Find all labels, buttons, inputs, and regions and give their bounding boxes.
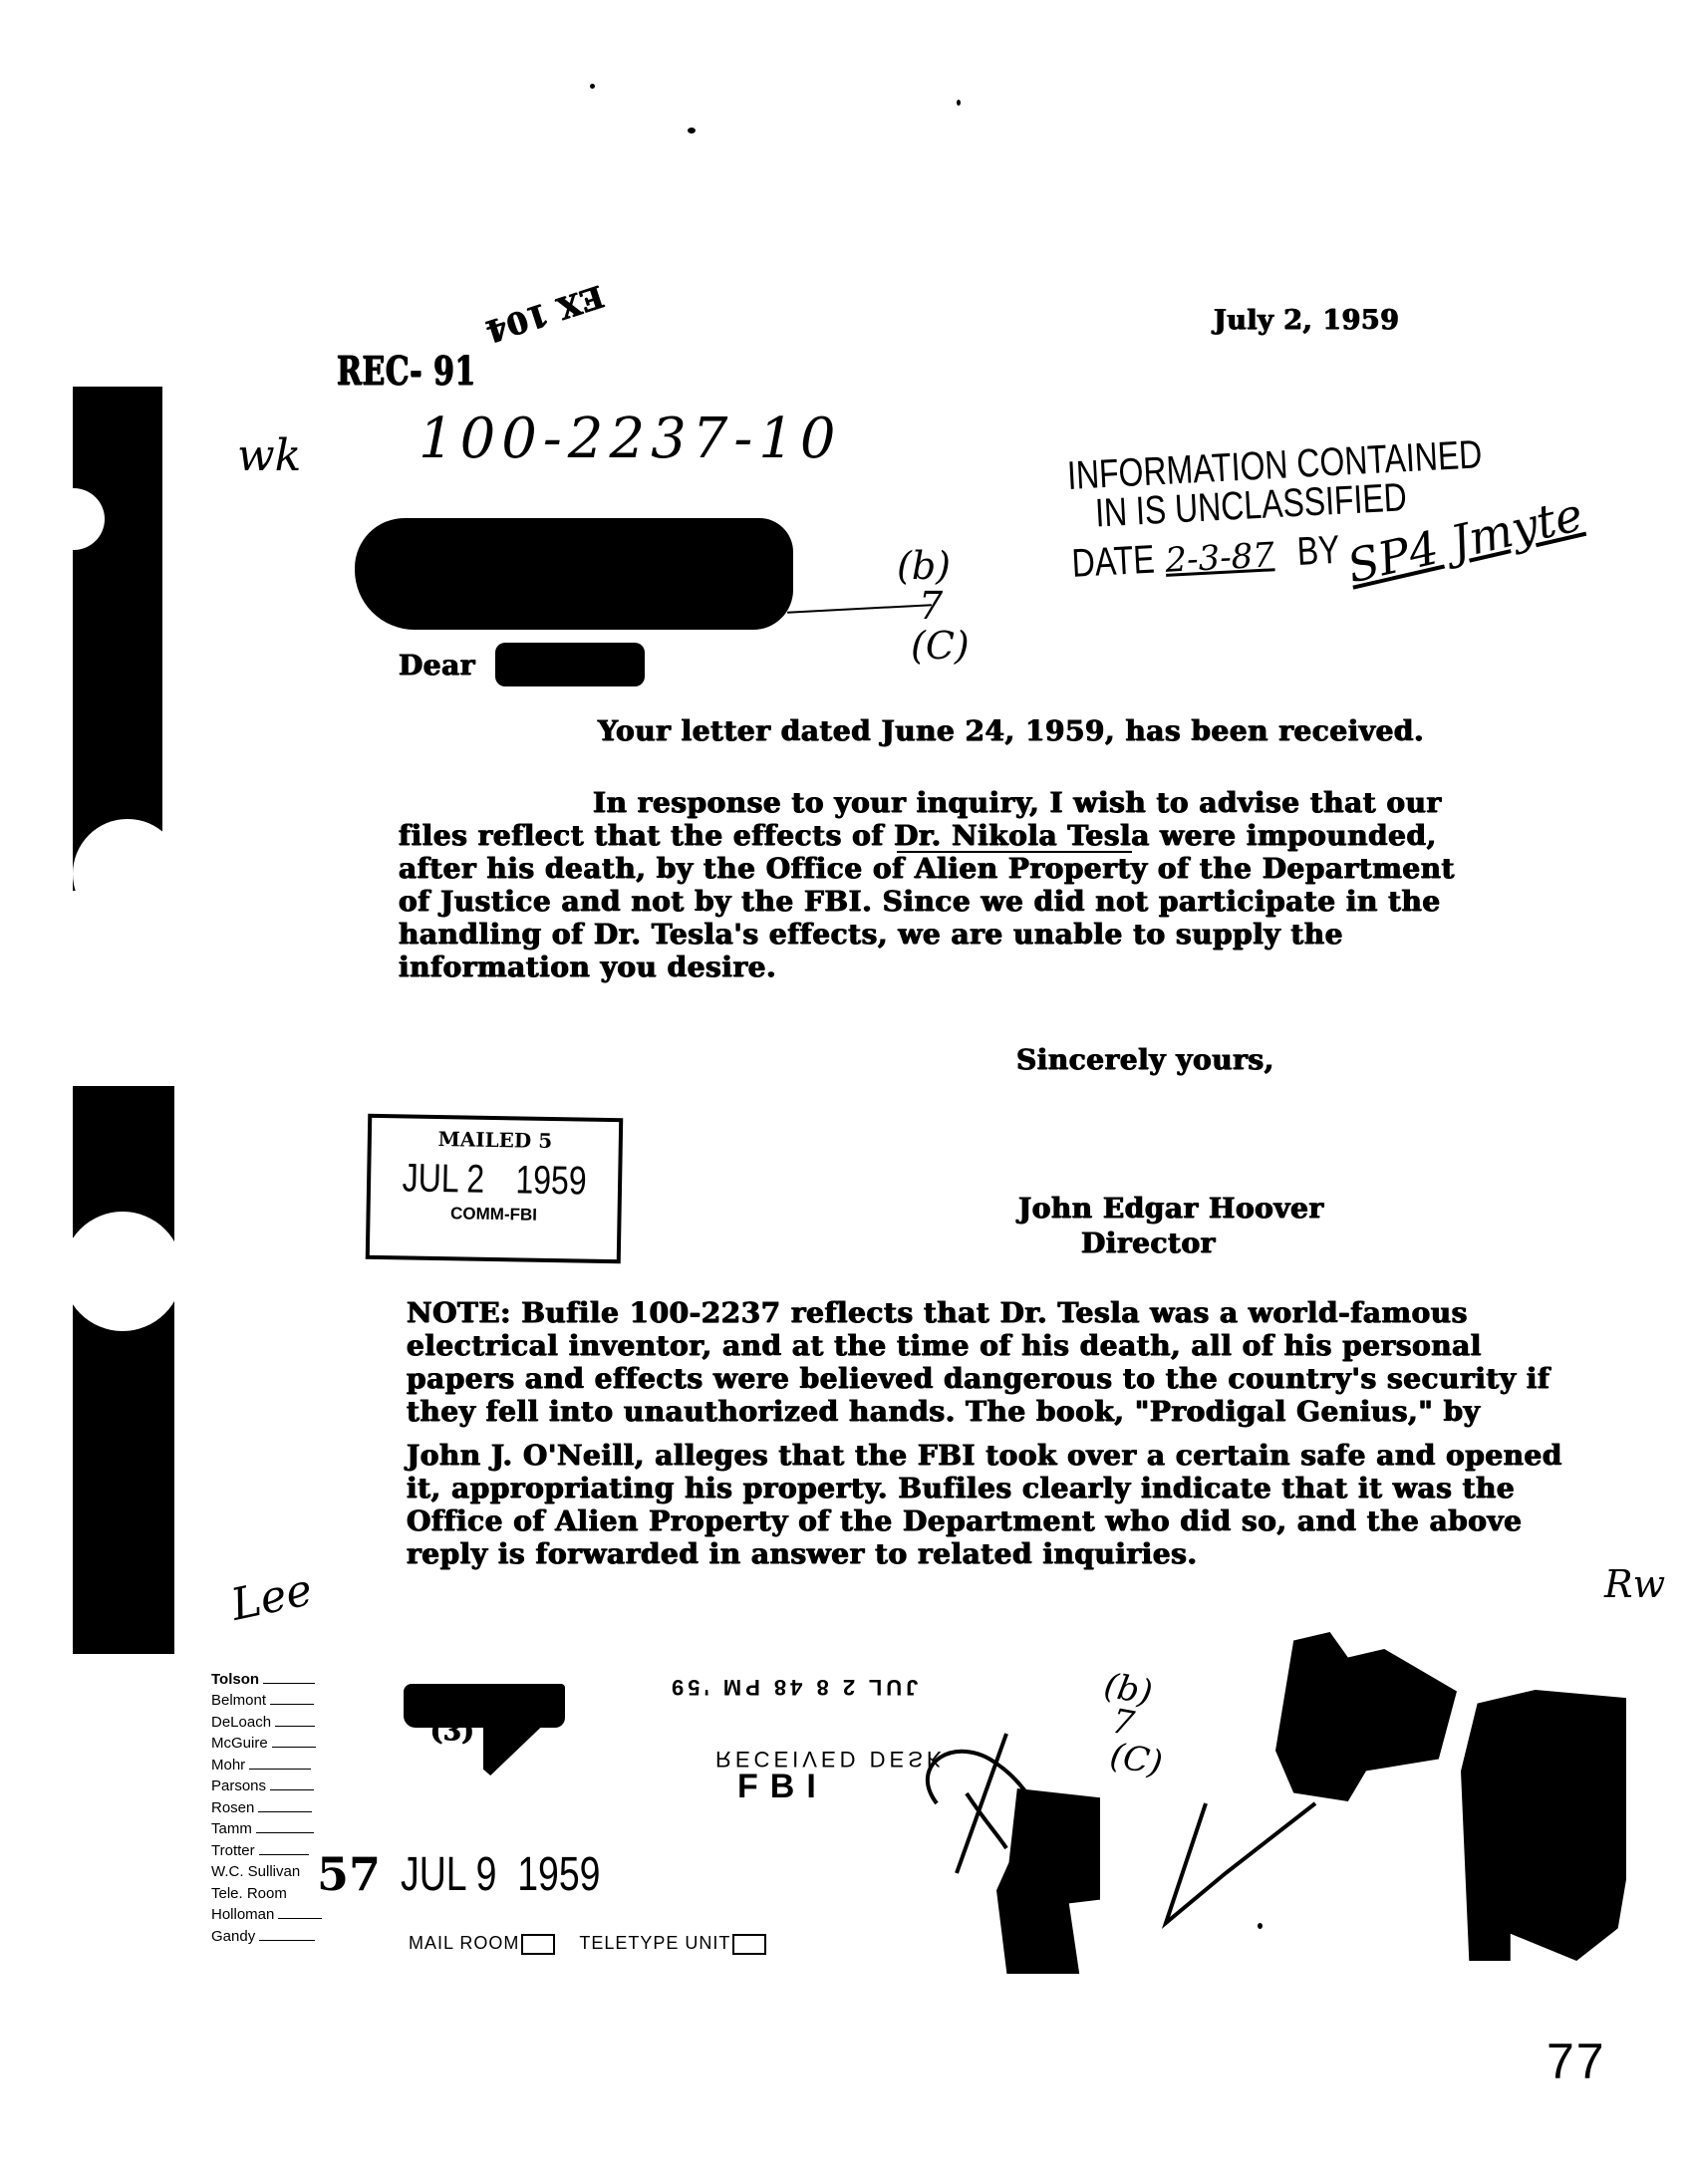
scan-speck	[1258, 1923, 1263, 1929]
note-line: Office of Alien Property of the Departme…	[407, 1505, 1562, 1538]
name-underline	[897, 851, 1132, 853]
routing-row-mcguire: McGuire	[211, 1731, 327, 1753]
routing-row-sullivan: W.C. Sullivan	[211, 1859, 327, 1881]
copies-marker: (3)	[430, 1716, 474, 1748]
note-line: papers and effects were believed dangero…	[407, 1363, 1562, 1396]
ex-stamp: EX 104	[481, 279, 607, 347]
redaction-blob-3	[1461, 1690, 1626, 1961]
filed-stamp: 57 JUL 9 1959	[317, 1847, 657, 1902]
note-line: NOTE: Bufile 100-2237 reflects that Dr. …	[407, 1297, 1562, 1330]
mail-room-checkbox	[521, 1934, 555, 1955]
handwritten-initials: wk	[237, 430, 301, 481]
routing-row-belmont: Belmont	[211, 1688, 327, 1710]
signer-name: John Edgar Hoover	[1018, 1193, 1324, 1225]
mail-room-teletype-row: MAIL ROOM TELETYPE UNIT	[409, 1933, 766, 1955]
note-line: it, appropriating his property. Bufiles …	[407, 1473, 1562, 1505]
routing-row-deloach: DeLoach	[211, 1709, 327, 1731]
declass-by-label: BY	[1296, 528, 1341, 575]
exemption-b: (b)	[897, 546, 970, 586]
redacted-copies-tail	[483, 1714, 555, 1775]
note-line: John J. O'Neill, alleges that the FBI to…	[407, 1440, 1562, 1473]
mailed-stamp: MAILED 5 JUL 2 1959 COMM-FBI	[366, 1114, 624, 1263]
routing-row-trotter: Trotter	[211, 1837, 327, 1859]
filed-stamp-date: JUL 9 1959	[401, 1847, 601, 1902]
signer-title: Director	[1081, 1228, 1216, 1259]
routing-list: Tolson Belmont DeLoach McGuire Mohr Pars…	[211, 1666, 327, 1945]
routing-row-mohr: Mohr	[211, 1752, 327, 1774]
body-line: handling of Dr. Tesla's effects, we are …	[399, 919, 1455, 952]
scan-speck	[688, 128, 696, 134]
declassification-stamp: INFORMATION CONTAINED IN IS UNCLASSIFIED…	[1066, 427, 1591, 588]
body-line: after his death, by the Office of Alien …	[399, 853, 1455, 886]
initials-right: Rw	[1604, 1562, 1665, 1606]
routing-row-rosen: Rosen	[211, 1794, 327, 1816]
scan-speck	[957, 100, 961, 106]
mailed-footer: COMM-FBI	[370, 1203, 617, 1227]
routing-row-gandy: Gandy	[211, 1923, 327, 1945]
routing-row-holloman: Holloman	[211, 1902, 327, 1924]
note-line: electrical inventor, and at the time of …	[407, 1330, 1562, 1363]
routing-row-parsons: Parsons	[211, 1774, 327, 1795]
mail-room-label: MAIL ROOM	[409, 1933, 519, 1953]
received-stamp-top-line: JUL 2 8 48 PM '59	[668, 1674, 918, 1700]
received-stamp-agency: FBI	[737, 1768, 828, 1806]
body-line: In response to your inquiry, I wish to a…	[593, 787, 1455, 820]
mailed-date-month-day: JUL 2	[402, 1156, 484, 1201]
declass-date-value: 2-3-87	[1164, 535, 1274, 581]
page-number: 77	[1547, 2033, 1606, 2090]
binder-strip-bottom	[73, 1086, 174, 1654]
rec-stamp: REC- 91	[337, 352, 476, 394]
letter-body: In response to your inquiry, I wish to a…	[399, 787, 1455, 984]
declass-date-label: DATE	[1071, 538, 1156, 587]
mailed-date-year: 1959	[515, 1158, 587, 1203]
body-line: files reflect that the effects of Dr. Ni…	[399, 820, 1455, 853]
routing-row-tamm: Tamm	[211, 1816, 327, 1838]
salutation: Dear	[399, 650, 475, 682]
note-paragraph: NOTE: Bufile 100-2237 reflects that Dr. …	[407, 1297, 1562, 1571]
teletype-checkbox	[732, 1934, 766, 1955]
opening-line: Your letter dated June 24, 1959, has bee…	[598, 715, 1424, 747]
teletype-label: TELETYPE UNIT	[579, 1933, 730, 1953]
exemption-c: (C)	[911, 626, 970, 666]
filed-stamp-prefix: 57	[317, 1847, 381, 1901]
routing-row-tele-room: Tele. Room	[211, 1880, 327, 1902]
mailed-label: MAILED 5	[372, 1126, 619, 1154]
routing-row-tolson: Tolson	[211, 1666, 327, 1688]
initials-left: Lee	[227, 1564, 317, 1631]
redacted-address	[355, 518, 793, 630]
scan-speck	[590, 84, 595, 89]
redacted-recipient-name	[495, 643, 645, 686]
letter-date: July 2, 1959	[1214, 305, 1399, 337]
body-line: information you desire.	[399, 952, 1455, 984]
closing: Sincerely yours,	[1016, 1044, 1274, 1076]
body-line: of Justice and not by the FBI. Since we …	[399, 886, 1455, 919]
binder-strip-top	[73, 387, 162, 891]
handwritten-file-number: 100-2237-10	[419, 407, 842, 471]
note-line: reply is forwarded in answer to related …	[407, 1538, 1562, 1571]
note-line: they fell into unauthorized hands. The b…	[407, 1396, 1562, 1440]
